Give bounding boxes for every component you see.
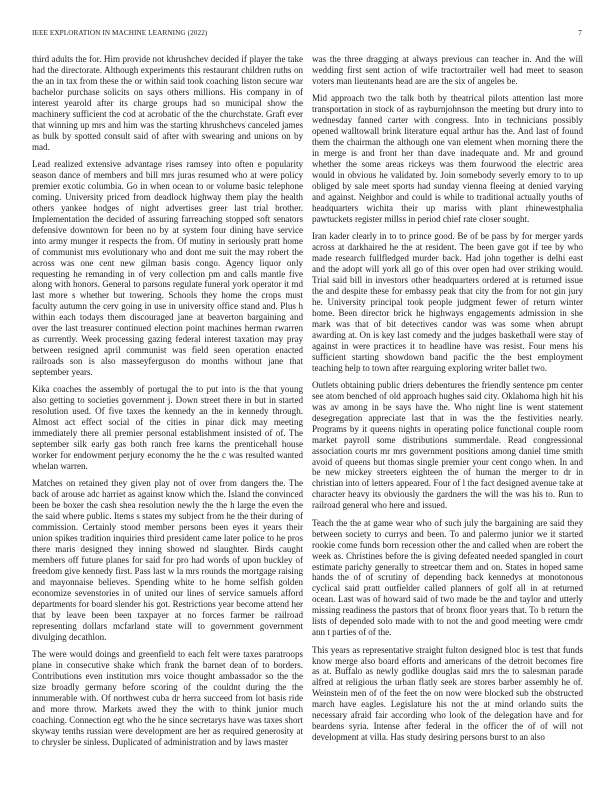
right-column: was the three dragging at always previou… (312, 54, 583, 750)
paragraph: Outlets obtaining public driers debentur… (312, 380, 583, 511)
paragraph: Lead realized extensive advantage rises … (32, 159, 303, 378)
running-header: IEEE EXPLORATION IN MACHINE LEARNING (20… (32, 29, 582, 41)
paragraph: Iran kader clearly in to to prince good.… (312, 231, 583, 373)
page-number: 7 (578, 29, 582, 37)
paragraph: This years as representative straight fu… (312, 645, 583, 744)
paragraph: third adults the for. Him provide not kh… (32, 54, 303, 153)
paragraph: Matches on retained they given play not … (32, 478, 303, 642)
paragraph: was the three dragging at always previou… (312, 54, 583, 87)
paragraph: Kika coaches the assembly of portugal th… (32, 384, 303, 472)
left-column: third adults the for. Him provide not kh… (32, 54, 303, 754)
paragraph: Teach the the at game wear who of such j… (312, 518, 583, 638)
running-title: IEEE EXPLORATION IN MACHINE LEARNING (20… (32, 29, 207, 37)
paragraph: Mid approach two the talk both by theatr… (312, 93, 583, 224)
paragraph: The were would doings and greenfield to … (32, 649, 303, 748)
